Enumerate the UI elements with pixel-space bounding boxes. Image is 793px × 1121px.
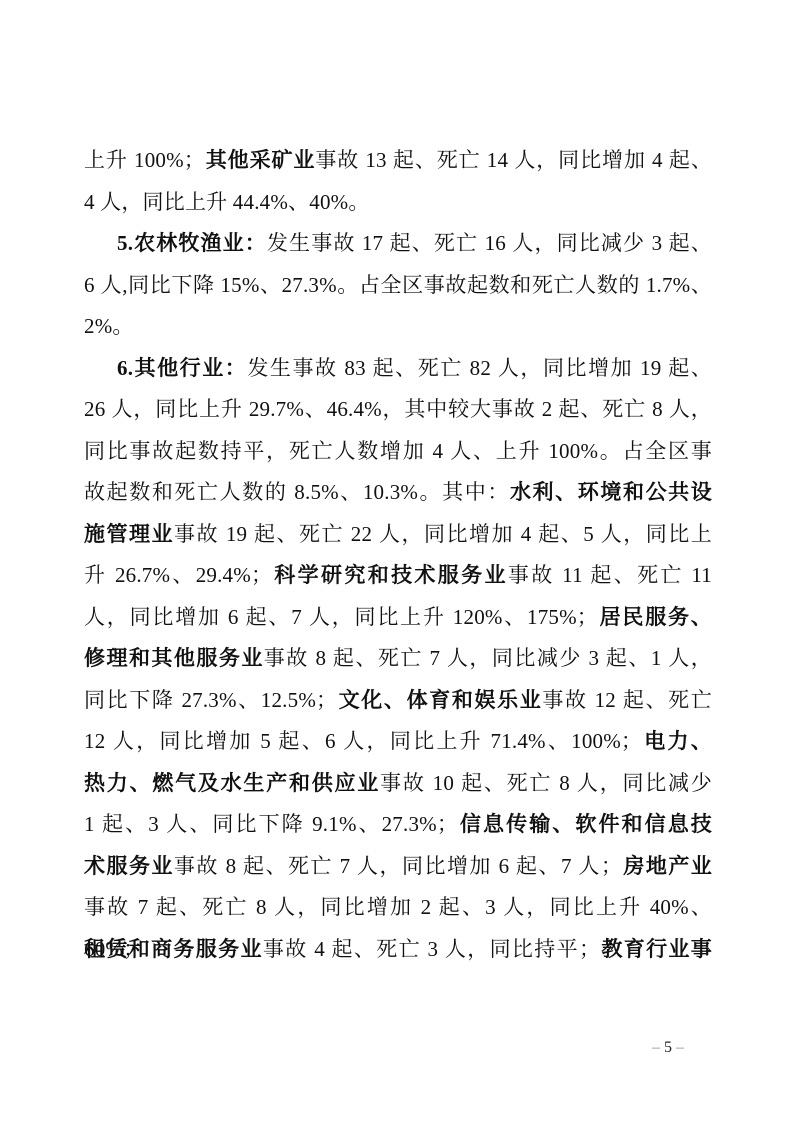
text-segment: 升 26.7%、29.4%；	[84, 563, 272, 587]
text-line: 术服务业事故 8 起、死亡 7 人，同比增加 6 起、7 人；房地产业	[84, 846, 712, 888]
text-segment: 事故 12 起、死亡	[542, 688, 712, 712]
page-number: 5	[664, 1039, 672, 1056]
text-line: 事故 7 起、死亡 8 人，同比增加 2 起、3 人，同比上升 40%、60%；	[84, 887, 712, 929]
text-line: 修理和其他服务业事故 8 起、死亡 7 人，同比减少 3 起、1 人，	[84, 638, 712, 680]
text-segment: 2%。	[84, 314, 134, 338]
text-segment: 上升 100%；	[84, 148, 205, 172]
text-line: 12 人，同比增加 5 起、6 人，同比上升 71.4%、100%；电力、	[84, 721, 712, 763]
footer-dash-left: –	[648, 1039, 664, 1056]
text-segment: 人，同比增加 6 起、7 人，同比上升 120%、175%；	[84, 605, 598, 629]
text-segment-bold: 其他采矿业	[205, 148, 315, 172]
text-line: 6.其他行业：发生事故 83 起、死亡 82 人，同比增加 19 起、	[84, 348, 712, 390]
text-line: 5.农林牧渔业：发生事故 17 起、死亡 16 人，同比减少 3 起、	[84, 223, 712, 265]
text-line: 1 起、3 人、同比下降 9.1%、27.3%；信息传输、软件和信息技	[84, 804, 712, 846]
body-lines: 上升 100%；其他采矿业事故 13 起、死亡 14 人，同比增加 4 起、4 …	[84, 140, 712, 970]
text-segment-bold: 文化、体育和娱乐业	[337, 688, 542, 712]
text-segment: 6 人,同比下降 15%、27.3%。占全区事故起数和死亡人数的 1.7%、	[84, 273, 712, 297]
text-segment-bold: 术服务业	[84, 854, 174, 878]
text-segment: 故起数和死亡人数的 8.5%、10.3%。其中：	[84, 480, 510, 504]
text-segment-bold: 6.其他行业：	[117, 356, 247, 380]
text-segment: 发生事故 17 起、死亡 16 人，同比减少 3 起、	[267, 231, 712, 255]
text-segment-bold: 施管理业	[84, 522, 174, 546]
text-segment-bold: 房地产业	[622, 854, 712, 878]
text-segment: 事故 8 起、死亡 7 人，同比减少 3 起、1 人，	[264, 646, 712, 670]
text-line: 同比下降 27.3%、12.5%；文化、体育和娱乐业事故 12 起、死亡	[84, 680, 712, 722]
text-line: 4 人，同比上升 44.4%、40%。	[84, 182, 712, 224]
text-line: 故起数和死亡人数的 8.5%、10.3%。其中：水利、环境和公共设	[84, 472, 712, 514]
page-footer: –5–	[628, 1036, 708, 1060]
text-line: 上升 100%；其他采矿业事故 13 起、死亡 14 人，同比增加 4 起、	[84, 140, 712, 182]
text-segment-bold: 修理和其他服务业	[84, 646, 264, 670]
text-segment: 26 人，同比上升 29.7%、46.4%，其中较大事故 2 起、死亡 8 人，	[84, 397, 712, 421]
text-segment-bold: 居民服务、	[598, 605, 712, 629]
text-line: 热力、燃气及水生产和供应业事故 10 起、死亡 8 人，同比减少	[84, 763, 712, 805]
text-segment-bold: 信息传输、软件和信息技	[458, 812, 712, 836]
text-segment-bold: 租赁和商务服务业	[84, 937, 263, 961]
text-segment: 事故 4 起、死亡 3 人，同比持平；	[263, 937, 600, 961]
text-line: 同比事故起数持平，死亡人数增加 4 人、上升 100%。占全区事	[84, 431, 712, 473]
text-segment: 发生事故 83 起、死亡 82 人，同比增加 19 起、	[247, 356, 712, 380]
text-segment-bold: 水利、环境和公共设	[510, 480, 712, 504]
document-page: 上升 100%；其他采矿业事故 13 起、死亡 14 人，同比增加 4 起、4 …	[0, 0, 793, 1121]
text-segment: 同比事故起数持平，死亡人数增加 4 人、上升 100%。占全区事	[84, 439, 712, 463]
text-line: 人，同比增加 6 起、7 人，同比上升 120%、175%；居民服务、	[84, 597, 712, 639]
text-line: 26 人，同比上升 29.7%、46.4%，其中较大事故 2 起、死亡 8 人，	[84, 389, 712, 431]
text-segment: 事故 19 起、死亡 22 人，同比增加 4 起、5 人，同比上	[174, 522, 712, 546]
text-segment: 事故 10 起、死亡 8 人，同比减少	[380, 771, 712, 795]
footer-dash-right: –	[672, 1039, 688, 1056]
text-segment: 12 人，同比增加 5 起、6 人，同比上升 71.4%、100%；	[84, 729, 642, 753]
text-segment: 事故 13 起、死亡 14 人，同比增加 4 起、	[315, 148, 712, 172]
text-segment-bold: 教育行业事	[600, 937, 712, 961]
text-line: 升 26.7%、29.4%；科学研究和技术服务业事故 11 起、死亡 11	[84, 555, 712, 597]
text-segment: 事故 11 起、死亡 11	[508, 563, 712, 587]
text-segment-bold: 热力、燃气及水生产和供应业	[84, 771, 380, 795]
text-line: 2%。	[84, 306, 712, 348]
text-line: 租赁和商务服务业事故 4 起、死亡 3 人，同比持平；教育行业事	[84, 929, 712, 971]
text-segment-bold: 电力、	[642, 729, 712, 753]
text-segment: 同比下降 27.3%、12.5%；	[84, 688, 337, 712]
text-segment: 1 起、3 人、同比下降 9.1%、27.3%；	[84, 812, 458, 836]
text-line: 6 人,同比下降 15%、27.3%。占全区事故起数和死亡人数的 1.7%、	[84, 265, 712, 307]
text-segment: 4 人，同比上升 44.4%、40%。	[84, 190, 370, 214]
text-line: 施管理业事故 19 起、死亡 22 人，同比增加 4 起、5 人，同比上	[84, 514, 712, 556]
text-segment: 事故 8 起、死亡 7 人，同比增加 6 起、7 人；	[174, 854, 622, 878]
text-segment-bold: 科学研究和技术服务业	[272, 563, 508, 587]
text-segment-bold: 5.农林牧渔业：	[117, 231, 267, 255]
